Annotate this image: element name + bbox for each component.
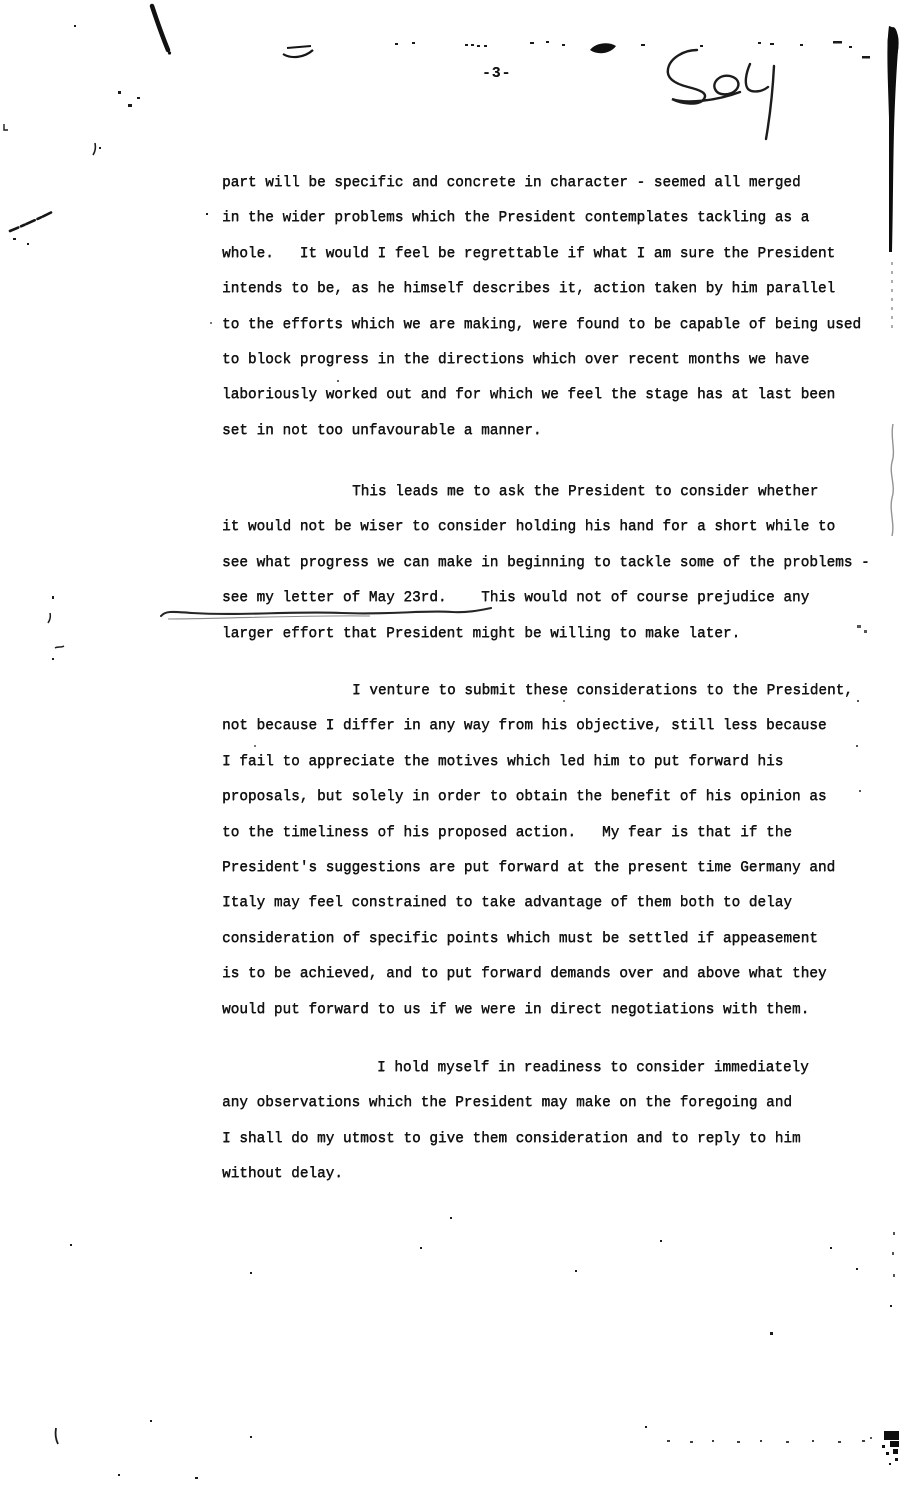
text-line: see what progress we can make in beginni…: [222, 546, 900, 581]
text-line: I fail to appreciate the motives which l…: [222, 745, 900, 780]
text-line: This leads me to ask the President to co…: [222, 475, 900, 510]
text-line: set in not too unfavourable a manner.: [222, 414, 900, 449]
paragraph: I venture to submit these considerations…: [222, 674, 900, 1028]
text-line: to block progress in the directions whic…: [222, 343, 900, 378]
text-line: consideration of specific points which m…: [222, 922, 900, 957]
curved-smudge-mark: [283, 46, 313, 57]
text-line: would put forward to us if we were in di…: [222, 993, 900, 1028]
paragraph: part will be specific and concrete in ch…: [222, 166, 900, 449]
paragraph: I hold myself in readiness to consider i…: [222, 1051, 900, 1193]
text-line: is to be achieved, and to put forward de…: [222, 957, 900, 992]
text-line: whole. It would I feel be regrettable if…: [222, 237, 900, 272]
text-line: I shall do my utmost to give them consid…: [222, 1122, 900, 1157]
scanned-letter-page: -3- part will be specific and concrete i…: [0, 0, 900, 1485]
paragraph: This leads me to ask the President to co…: [222, 475, 900, 652]
text-line: to the timeliness of his proposed action…: [222, 816, 900, 851]
pen-slash-mark: [152, 6, 171, 55]
leaf-blot-mark: [590, 43, 616, 53]
bottom-dotted-row: [667, 1440, 865, 1443]
text-line: intends to be, as he himself describes i…: [222, 272, 900, 307]
text-line: without delay.: [222, 1157, 900, 1192]
text-line: not because I differ in any way from his…: [222, 709, 900, 744]
margin-dash-left: [10, 212, 52, 245]
text-line: larger effort that President might be wi…: [222, 617, 900, 652]
handwritten-number-504: [640, 28, 810, 153]
text-line: proposals, but solely in order to obtain…: [222, 780, 900, 815]
text-line: I hold myself in readiness to consider i…: [222, 1051, 900, 1086]
text-line: Italy may feel constrained to take advan…: [222, 886, 900, 921]
text-line: any observations which the President may…: [222, 1086, 900, 1121]
text-line: in the wider problems which the Presiden…: [222, 201, 900, 236]
text-line: part will be specific and concrete in ch…: [222, 166, 900, 201]
text-line: President's suggestions are put forward …: [222, 851, 900, 886]
ink-blot-bottom-right: [870, 1431, 899, 1465]
page-number: -3-: [482, 66, 511, 82]
text-line: laboriously worked out and for which we …: [222, 378, 900, 413]
text-line: it would not be wiser to consider holdin…: [222, 510, 900, 545]
text-line: I venture to submit these considerations…: [222, 674, 900, 709]
text-line: see my letter of May 23rd. This would no…: [222, 581, 900, 616]
text-line: to the efforts which we are making, were…: [222, 308, 900, 343]
